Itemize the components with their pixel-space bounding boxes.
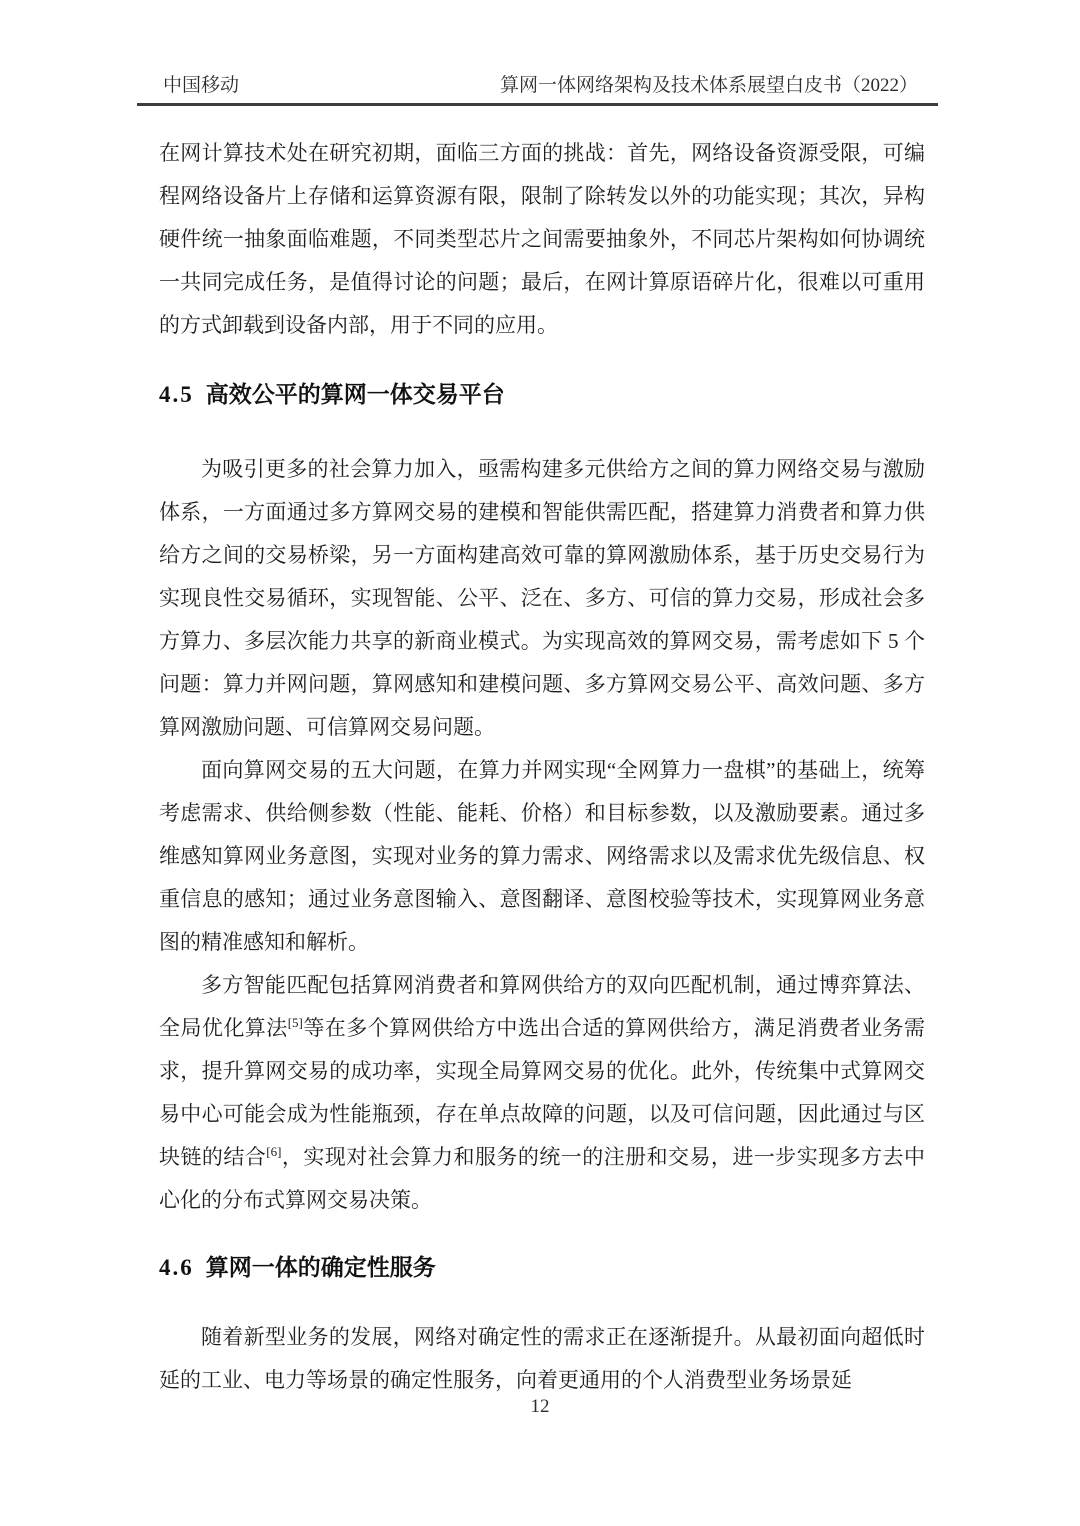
citation-ref-6: [6] — [266, 1144, 281, 1159]
page-header: 中国移动 算网一体网络架构及技术体系展望白皮书（2022） — [137, 70, 938, 106]
document-page: 中国移动 算网一体网络架构及技术体系展望白皮书（2022） 在网计算技术处在研究… — [0, 0, 1080, 1526]
page-number: 12 — [0, 1396, 1080, 1418]
section-title: 高效公平的算网一体交易平台 — [206, 381, 505, 407]
section-heading-4-5: 4.5高效公平的算网一体交易平台 — [159, 378, 925, 411]
header-document-title: 算网一体网络架构及技术体系展望白皮书（2022） — [500, 70, 918, 97]
paragraph-deterministic-service: 随着新型业务的发展，网络对确定性的需求正在逐渐提升。从最初面向超低时延的工业、电… — [159, 1316, 925, 1402]
paragraph-trading-platform-overview: 为吸引更多的社会算力加入，亟需构建多元供给方之间的算力网络交易与激励体系，一方面… — [159, 448, 925, 749]
paragraph-five-trading-problems: 面向算网交易的五大问题，在算力并网实现“全网算力一盘棋”的基础上，统筹考虑需求、… — [159, 749, 925, 964]
section-number: 4.6 — [159, 1255, 194, 1280]
header-brand-text: 中国移动 — [163, 70, 239, 97]
section-number: 4.5 — [159, 382, 194, 407]
section-title: 算网一体的确定性服务 — [206, 1254, 436, 1280]
page-body: 在网计算技术处在研究初期，面临三方面的挑战：首先，网络设备资源受限，可编程网络设… — [159, 132, 925, 1402]
citation-ref-5: [5] — [288, 1015, 303, 1030]
page-header-row: 中国移动 算网一体网络架构及技术体系展望白皮书（2022） — [137, 70, 938, 103]
paragraph-in-network-computing-challenges: 在网计算技术处在研究初期，面临三方面的挑战：首先，网络设备资源受限，可编程网络设… — [159, 132, 925, 347]
section-heading-4-6: 4.6算网一体的确定性服务 — [159, 1251, 925, 1284]
paragraph-multi-party-matching: 多方智能匹配包括算网消费者和算网供给方的双向匹配机制，通过博弈算法、全局优化算法… — [159, 964, 925, 1222]
